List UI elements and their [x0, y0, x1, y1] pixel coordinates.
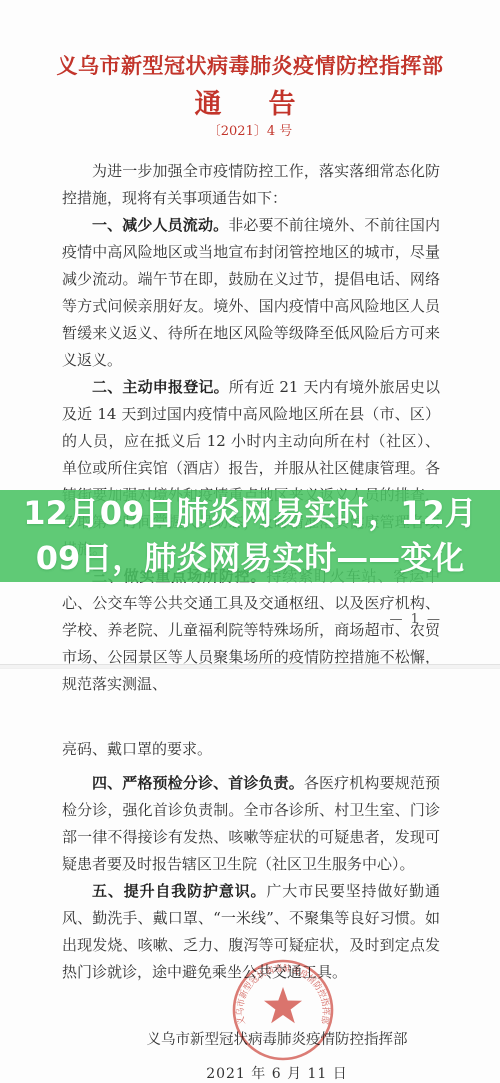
intro-paragraph: 为进一步加强全市疫情防控工作，落实落细常态化防控措施，现将有关事项通告如下： [62, 158, 440, 212]
signature-date: 2021 年 6 月 11 日 [127, 1063, 427, 1083]
page2-body: 亮码、戴口罩的要求。 四、严格预检分诊、首诊负责。各医疗机构要规范预检分诊，强化… [62, 736, 440, 986]
page1-body: 为进一步加强全市疫情防控工作，落实落细常态化防控措施，现将有关事项通告如下： 一… [62, 158, 440, 698]
section-2-lead: 二、主动申报登记。 [92, 378, 229, 396]
section-4-lead: 四、严格预检分诊、首诊负责。 [92, 774, 304, 792]
section-1-paragraph: 一、减少人员流动。非必要不前往境外、不前往国内疫情中高风险地区或当地宣布封闭管控… [62, 212, 440, 374]
caption-overlay-banner: 12月09日肺炎网易实时，12月 09日，肺炎网易实时——变化 [0, 490, 500, 582]
doc-title: 通 告 [0, 82, 500, 121]
section-1-lead: 一、减少人员流动。 [92, 216, 228, 234]
section-5-lead: 五、提升自我防护意识。 [92, 882, 266, 900]
doc-issuer-title: 义乌市新型冠状病毒肺炎疫情防控指挥部 [0, 50, 500, 80]
overlay-title-line2: 09日，肺炎网易实时——变化 [36, 536, 465, 581]
section-3-text: 持续紧盯火车站、客运中心、公交车等公共交通工具及交通枢纽、以及医疗机构、学校、养… [62, 567, 440, 693]
doc-number: 〔2021〕4 号 [0, 120, 500, 139]
section-1-text: 非必要不前往境外、不前往国内疫情中高风险地区或当地宣布封闭管控地区的城市，尽量减… [62, 216, 440, 369]
official-seal-stamp: 义乌市新型冠状病毒肺炎疫情防控指挥部 [230, 957, 336, 1063]
overlay-title-line1: 12月09日肺炎网易实时，12月 [23, 491, 477, 536]
section-3-paragraph: 三、做实重点场所防控。持续紧盯火车站、客运中心、公交车等公共交通工具及交通枢纽、… [62, 563, 440, 698]
seal-star-icon [264, 987, 302, 1023]
continuation-line: 亮码、戴口罩的要求。 [62, 736, 440, 763]
article-image: 义乌市新型冠状病毒肺炎疫情防控指挥部 通 告 〔2021〕4 号 为进一步加强全… [0, 0, 500, 1083]
page-number: — 1 — [389, 612, 442, 627]
section-4-paragraph: 四、严格预检分诊、首诊负责。各医疗机构要规范预检分诊，强化首诊负责制。全市各诊所… [62, 770, 440, 878]
page-divider [0, 664, 500, 669]
